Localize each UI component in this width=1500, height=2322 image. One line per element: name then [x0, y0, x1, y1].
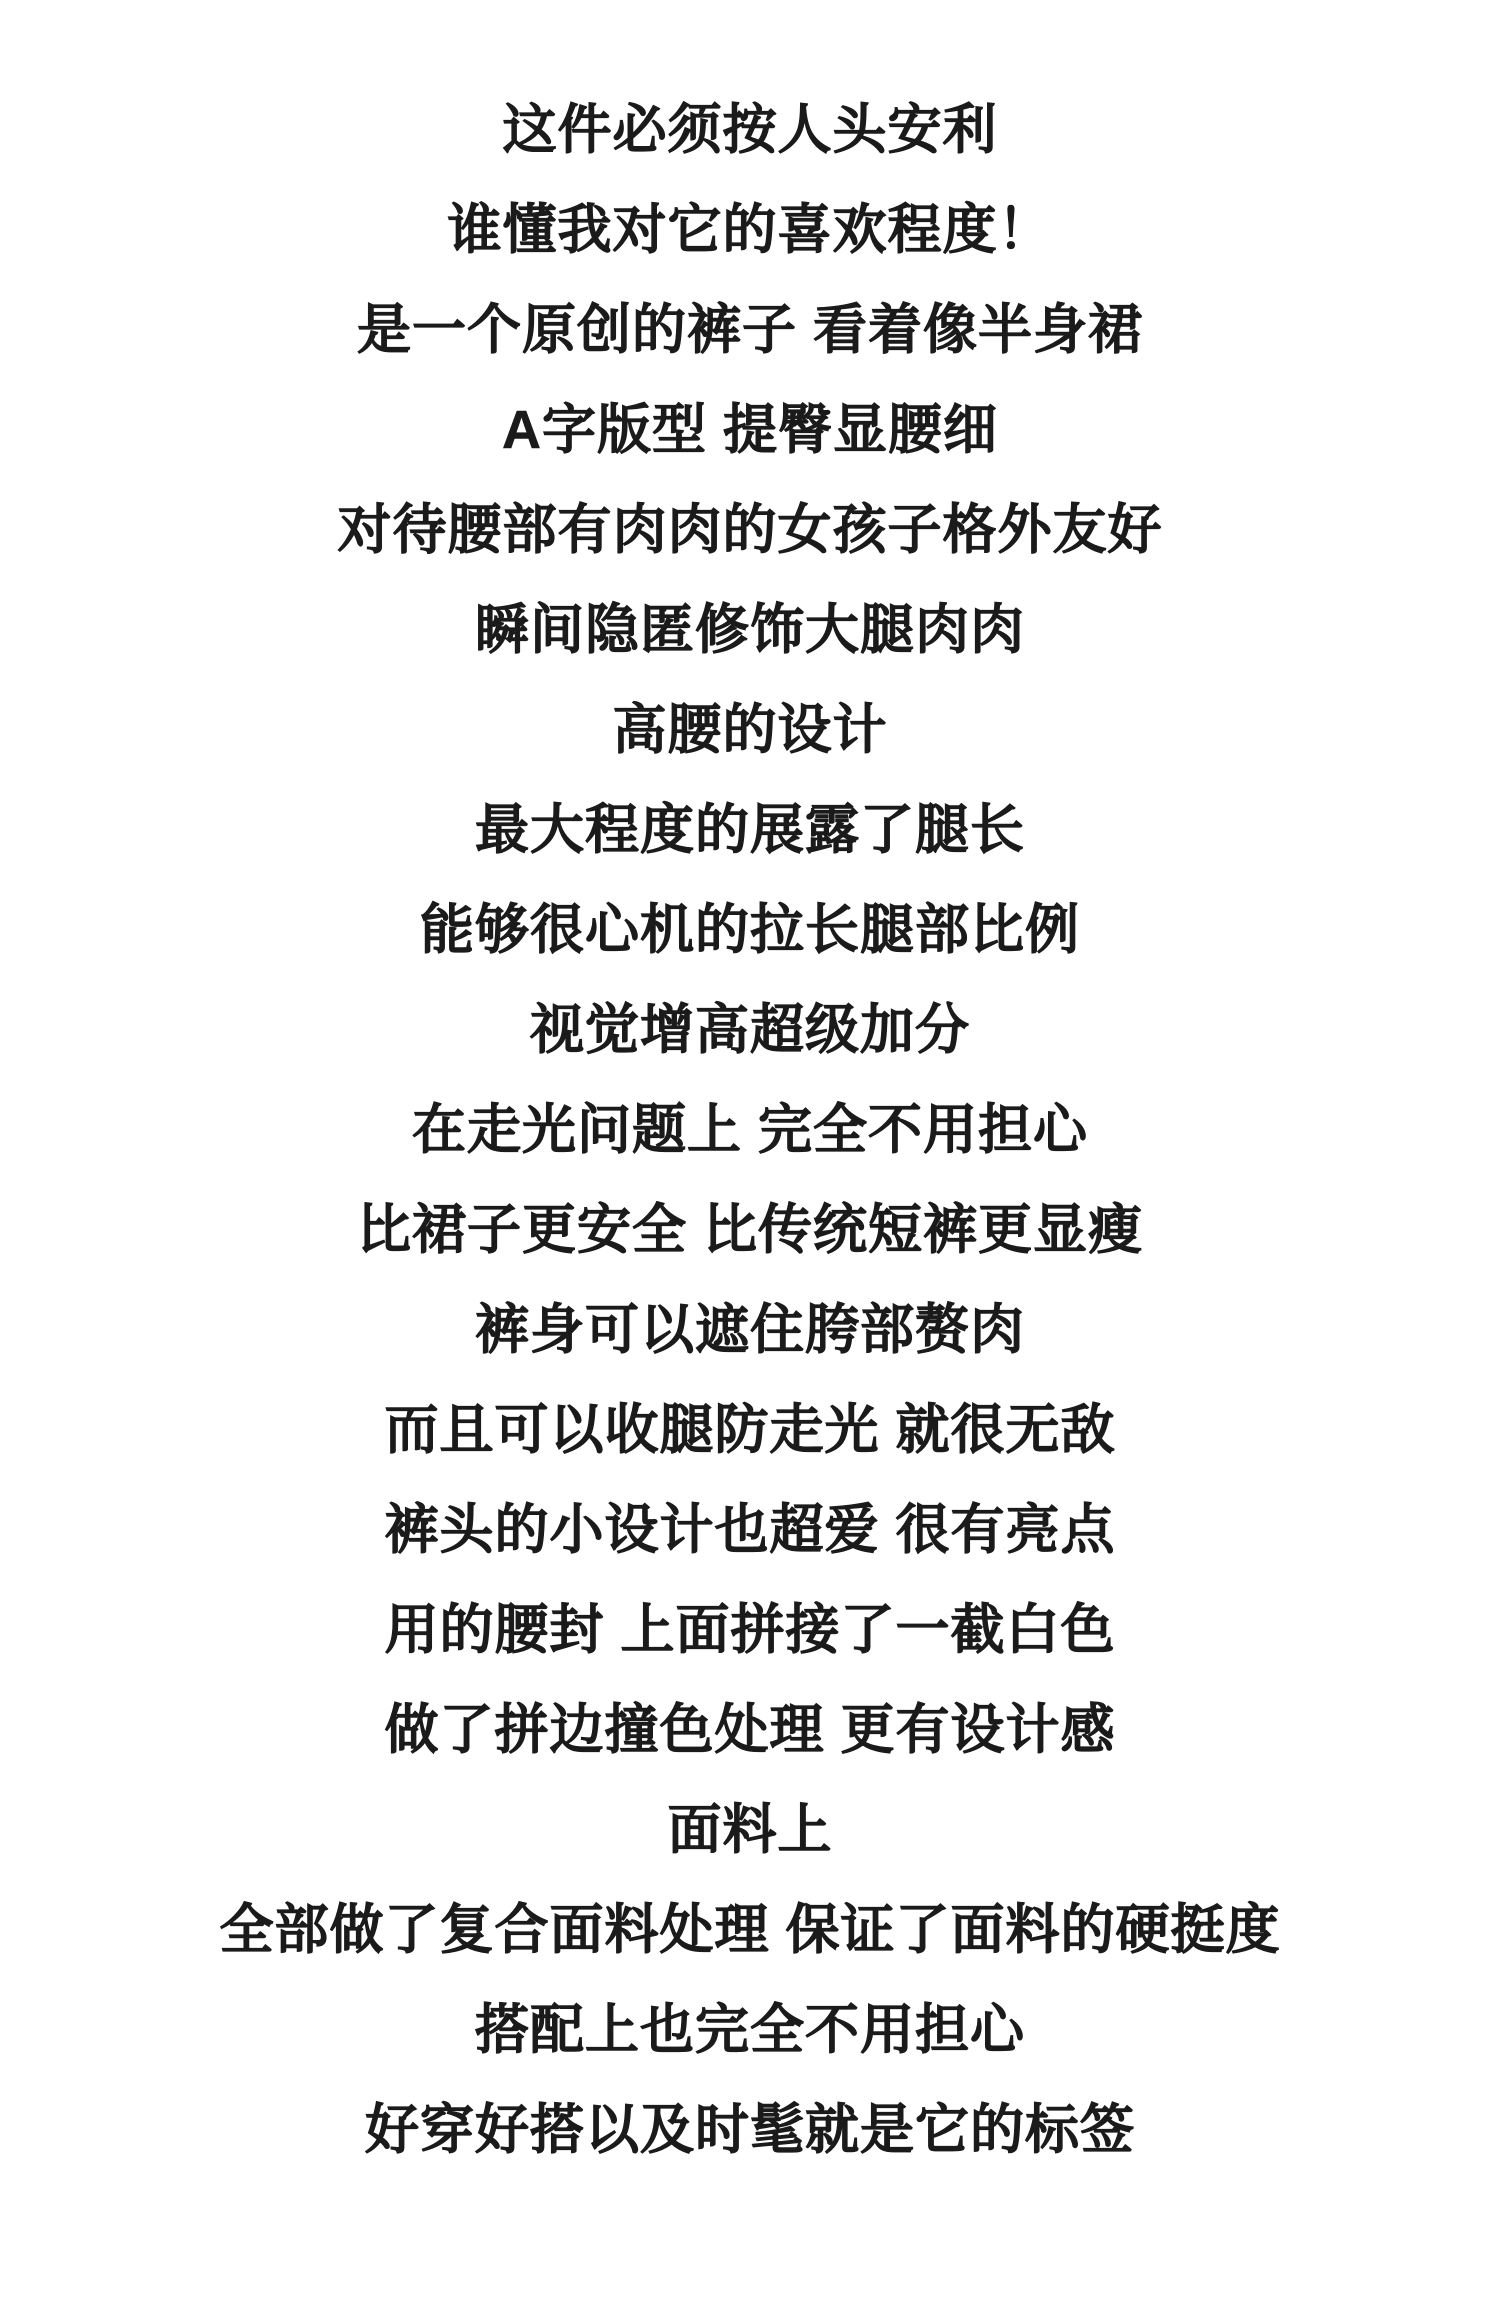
- text-line: 对待腰部有肉肉的女孩子格外友好: [0, 480, 1500, 580]
- text-line: 高腰的设计: [0, 680, 1500, 780]
- text-line: 好穿好搭以及时髦就是它的标签: [0, 2080, 1500, 2180]
- text-line: 这件必须按人头安利: [0, 80, 1500, 180]
- text-line: 全部做了复合面料处理 保证了面料的硬挺度: [0, 1880, 1500, 1980]
- text-line: 最大程度的展露了腿长: [0, 780, 1500, 880]
- text-line: 裤身可以遮住胯部赘肉: [0, 1280, 1500, 1380]
- text-line: 谁懂我对它的喜欢程度！: [0, 180, 1500, 280]
- text-line: 做了拼边撞色处理 更有设计感: [0, 1680, 1500, 1780]
- text-line: 用的腰封 上面拼接了一截白色: [0, 1580, 1500, 1680]
- text-line: 能够很心机的拉长腿部比例: [0, 880, 1500, 980]
- text-line: 视觉增高超级加分: [0, 980, 1500, 1080]
- text-line: 瞬间隐匿修饰大腿肉肉: [0, 580, 1500, 680]
- text-line: 在走光问题上 完全不用担心: [0, 1080, 1500, 1180]
- text-line: 裤头的小设计也超爱 很有亮点: [0, 1480, 1500, 1580]
- text-lines: 这件必须按人头安利谁懂我对它的喜欢程度！是一个原创的裤子 看着像半身裙A字版型 …: [0, 80, 1500, 2180]
- text-line: 比裙子更安全 比传统短裤更显瘦: [0, 1180, 1500, 1280]
- text-line: 面料上: [0, 1780, 1500, 1880]
- text-line: 而且可以收腿防走光 就很无敌: [0, 1380, 1500, 1480]
- text-line: 搭配上也完全不用担心: [0, 1980, 1500, 2080]
- text-line: A字版型 提臀显腰细: [0, 380, 1500, 480]
- product-description-page: 这件必须按人头安利谁懂我对它的喜欢程度！是一个原创的裤子 看着像半身裙A字版型 …: [0, 0, 1500, 2322]
- text-line: 是一个原创的裤子 看着像半身裙: [0, 280, 1500, 380]
